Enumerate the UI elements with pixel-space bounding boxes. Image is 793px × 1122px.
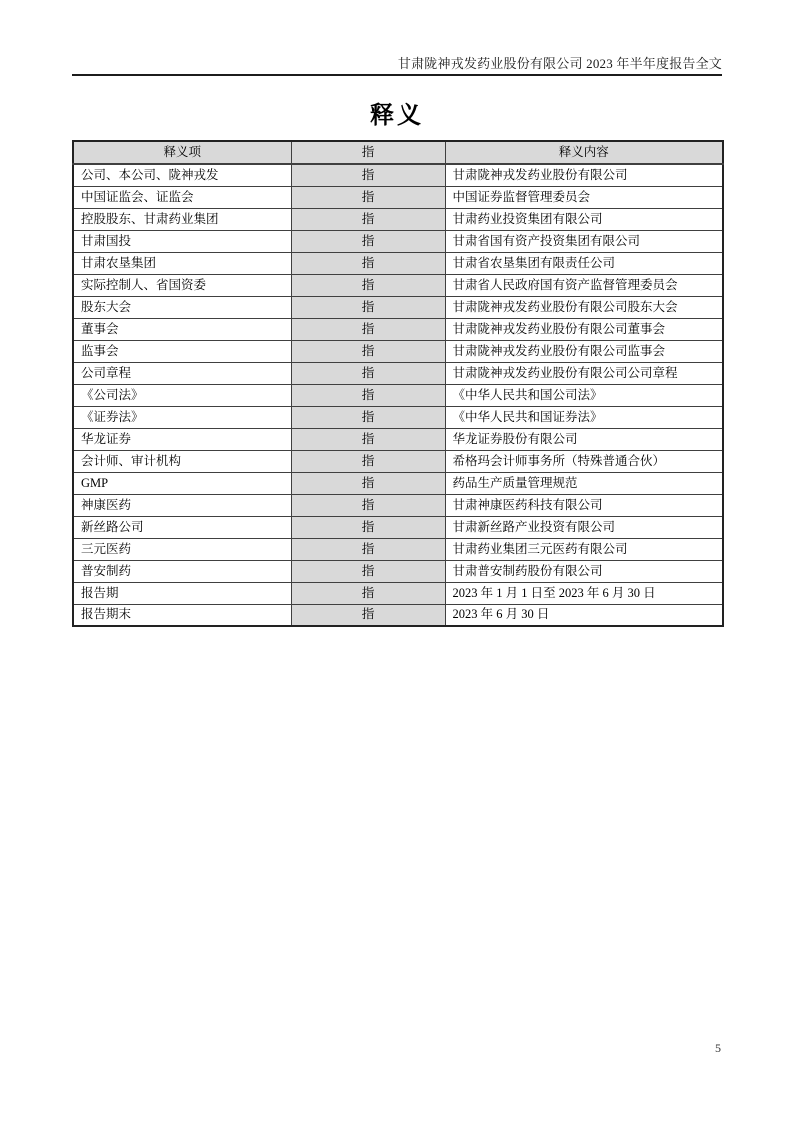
table-row: 新丝路公司 指 甘肃新丝路产业投资有限公司 xyxy=(73,516,723,538)
zhi-cell: 指 xyxy=(291,208,445,230)
term-cell: 《证券法》 xyxy=(73,406,291,428)
definition-cell: 中国证券监督管理委员会 xyxy=(445,186,723,208)
table-row: 神康医药 指 甘肃神康医药科技有限公司 xyxy=(73,494,723,516)
table-row: 会计师、审计机构 指 希格玛会计师事务所（特殊普通合伙） xyxy=(73,450,723,472)
table-row: 《公司法》 指 《中华人民共和国公司法》 xyxy=(73,384,723,406)
term-cell: 报告期末 xyxy=(73,604,291,626)
term-cell: 华龙证券 xyxy=(73,428,291,450)
definition-cell: 《中华人民共和国证券法》 xyxy=(445,406,723,428)
definition-cell: 甘肃药业集团三元医药有限公司 xyxy=(445,538,723,560)
table-row: 报告期末 指 2023 年 6 月 30 日 xyxy=(73,604,723,626)
definition-cell: 甘肃陇神戎发药业股份有限公司 xyxy=(445,164,723,186)
zhi-cell: 指 xyxy=(291,604,445,626)
term-cell: 董事会 xyxy=(73,318,291,340)
zhi-cell: 指 xyxy=(291,164,445,186)
zhi-cell: 指 xyxy=(291,406,445,428)
column-header-zhi: 指 xyxy=(291,141,445,164)
definition-cell: 药品生产质量管理规范 xyxy=(445,472,723,494)
table-row: 《证券法》 指 《中华人民共和国证券法》 xyxy=(73,406,723,428)
definition-cell: 甘肃新丝路产业投资有限公司 xyxy=(445,516,723,538)
table-row: 公司章程 指 甘肃陇神戎发药业股份有限公司公司章程 xyxy=(73,362,723,384)
table-row: 控股股东、甘肃药业集团 指 甘肃药业投资集团有限公司 xyxy=(73,208,723,230)
term-cell: 控股股东、甘肃药业集团 xyxy=(73,208,291,230)
header-row: 释义项 指 释义内容 xyxy=(73,141,723,164)
definition-cell: 2023 年 1 月 1 日至 2023 年 6 月 30 日 xyxy=(445,582,723,604)
definition-cell: 甘肃陇神戎发药业股份有限公司公司章程 xyxy=(445,362,723,384)
definition-cell: 华龙证券股份有限公司 xyxy=(445,428,723,450)
zhi-cell: 指 xyxy=(291,186,445,208)
column-header-term: 释义项 xyxy=(73,141,291,164)
table-row: GMP 指 药品生产质量管理规范 xyxy=(73,472,723,494)
zhi-cell: 指 xyxy=(291,560,445,582)
definitions-table-head: 释义项 指 释义内容 xyxy=(73,141,723,164)
term-cell: 公司章程 xyxy=(73,362,291,384)
table-row: 中国证监会、证监会 指 中国证券监督管理委员会 xyxy=(73,186,723,208)
column-header-definition: 释义内容 xyxy=(445,141,723,164)
zhi-cell: 指 xyxy=(291,384,445,406)
term-cell: 普安制药 xyxy=(73,560,291,582)
zhi-cell: 指 xyxy=(291,230,445,252)
table-row: 董事会 指 甘肃陇神戎发药业股份有限公司董事会 xyxy=(73,318,723,340)
definition-cell: 《中华人民共和国公司法》 xyxy=(445,384,723,406)
table-row: 报告期 指 2023 年 1 月 1 日至 2023 年 6 月 30 日 xyxy=(73,582,723,604)
table-row: 监事会 指 甘肃陇神戎发药业股份有限公司监事会 xyxy=(73,340,723,362)
term-cell: 股东大会 xyxy=(73,296,291,318)
term-cell: 中国证监会、证监会 xyxy=(73,186,291,208)
definition-cell: 甘肃省国有资产投资集团有限公司 xyxy=(445,230,723,252)
definition-cell: 2023 年 6 月 30 日 xyxy=(445,604,723,626)
zhi-cell: 指 xyxy=(291,428,445,450)
zhi-cell: 指 xyxy=(291,582,445,604)
report-page: { "document": { "header": "甘肃陇神戎发药业股份有限公… xyxy=(0,0,793,1122)
zhi-cell: 指 xyxy=(291,472,445,494)
zhi-cell: 指 xyxy=(291,538,445,560)
definition-cell: 甘肃陇神戎发药业股份有限公司董事会 xyxy=(445,318,723,340)
term-cell: 三元医药 xyxy=(73,538,291,560)
table-row: 甘肃国投 指 甘肃省国有资产投资集团有限公司 xyxy=(73,230,723,252)
page-number: 5 xyxy=(715,1041,721,1055)
zhi-cell: 指 xyxy=(291,516,445,538)
zhi-cell: 指 xyxy=(291,362,445,384)
page-title: 释义 xyxy=(72,103,722,129)
term-cell: 公司、本公司、陇神戎发 xyxy=(73,164,291,186)
table-row: 普安制药 指 甘肃普安制药股份有限公司 xyxy=(73,560,723,582)
page-content: 甘肃陇神戎发药业股份有限公司 2023 年半年度报告全文 释义 释义项 指 释义… xyxy=(72,0,722,627)
definition-cell: 甘肃普安制药股份有限公司 xyxy=(445,560,723,582)
term-cell: 甘肃国投 xyxy=(73,230,291,252)
term-cell: 监事会 xyxy=(73,340,291,362)
term-cell: 《公司法》 xyxy=(73,384,291,406)
zhi-cell: 指 xyxy=(291,450,445,472)
term-cell: 甘肃农垦集团 xyxy=(73,252,291,274)
table-row: 公司、本公司、陇神戎发 指 甘肃陇神戎发药业股份有限公司 xyxy=(73,164,723,186)
definition-cell: 甘肃省农垦集团有限责任公司 xyxy=(445,252,723,274)
definition-cell: 甘肃药业投资集团有限公司 xyxy=(445,208,723,230)
term-cell: 神康医药 xyxy=(73,494,291,516)
term-cell: 会计师、审计机构 xyxy=(73,450,291,472)
zhi-cell: 指 xyxy=(291,340,445,362)
term-cell: 报告期 xyxy=(73,582,291,604)
table-row: 实际控制人、省国资委 指 甘肃省人民政府国有资产监督管理委员会 xyxy=(73,274,723,296)
definitions-table: 释义项 指 释义内容 公司、本公司、陇神戎发 指 甘肃陇神戎发药业股份有限公司 … xyxy=(72,140,724,627)
definition-cell: 希格玛会计师事务所（特殊普通合伙） xyxy=(445,450,723,472)
definition-cell: 甘肃神康医药科技有限公司 xyxy=(445,494,723,516)
term-cell: 新丝路公司 xyxy=(73,516,291,538)
header-rule xyxy=(72,74,722,76)
table-row: 股东大会 指 甘肃陇神戎发药业股份有限公司股东大会 xyxy=(73,296,723,318)
zhi-cell: 指 xyxy=(291,318,445,340)
zhi-cell: 指 xyxy=(291,494,445,516)
zhi-cell: 指 xyxy=(291,252,445,274)
document-header: 甘肃陇神戎发药业股份有限公司 2023 年半年度报告全文 xyxy=(72,0,722,71)
definitions-tbody: 公司、本公司、陇神戎发 指 甘肃陇神戎发药业股份有限公司 中国证监会、证监会 指… xyxy=(73,164,723,626)
definition-cell: 甘肃陇神戎发药业股份有限公司股东大会 xyxy=(445,296,723,318)
table-row: 华龙证券 指 华龙证券股份有限公司 xyxy=(73,428,723,450)
zhi-cell: 指 xyxy=(291,274,445,296)
table-row: 甘肃农垦集团 指 甘肃省农垦集团有限责任公司 xyxy=(73,252,723,274)
table-row: 三元医药 指 甘肃药业集团三元医药有限公司 xyxy=(73,538,723,560)
term-cell: 实际控制人、省国资委 xyxy=(73,274,291,296)
definition-cell: 甘肃省人民政府国有资产监督管理委员会 xyxy=(445,274,723,296)
zhi-cell: 指 xyxy=(291,296,445,318)
term-cell: GMP xyxy=(73,472,291,494)
definition-cell: 甘肃陇神戎发药业股份有限公司监事会 xyxy=(445,340,723,362)
